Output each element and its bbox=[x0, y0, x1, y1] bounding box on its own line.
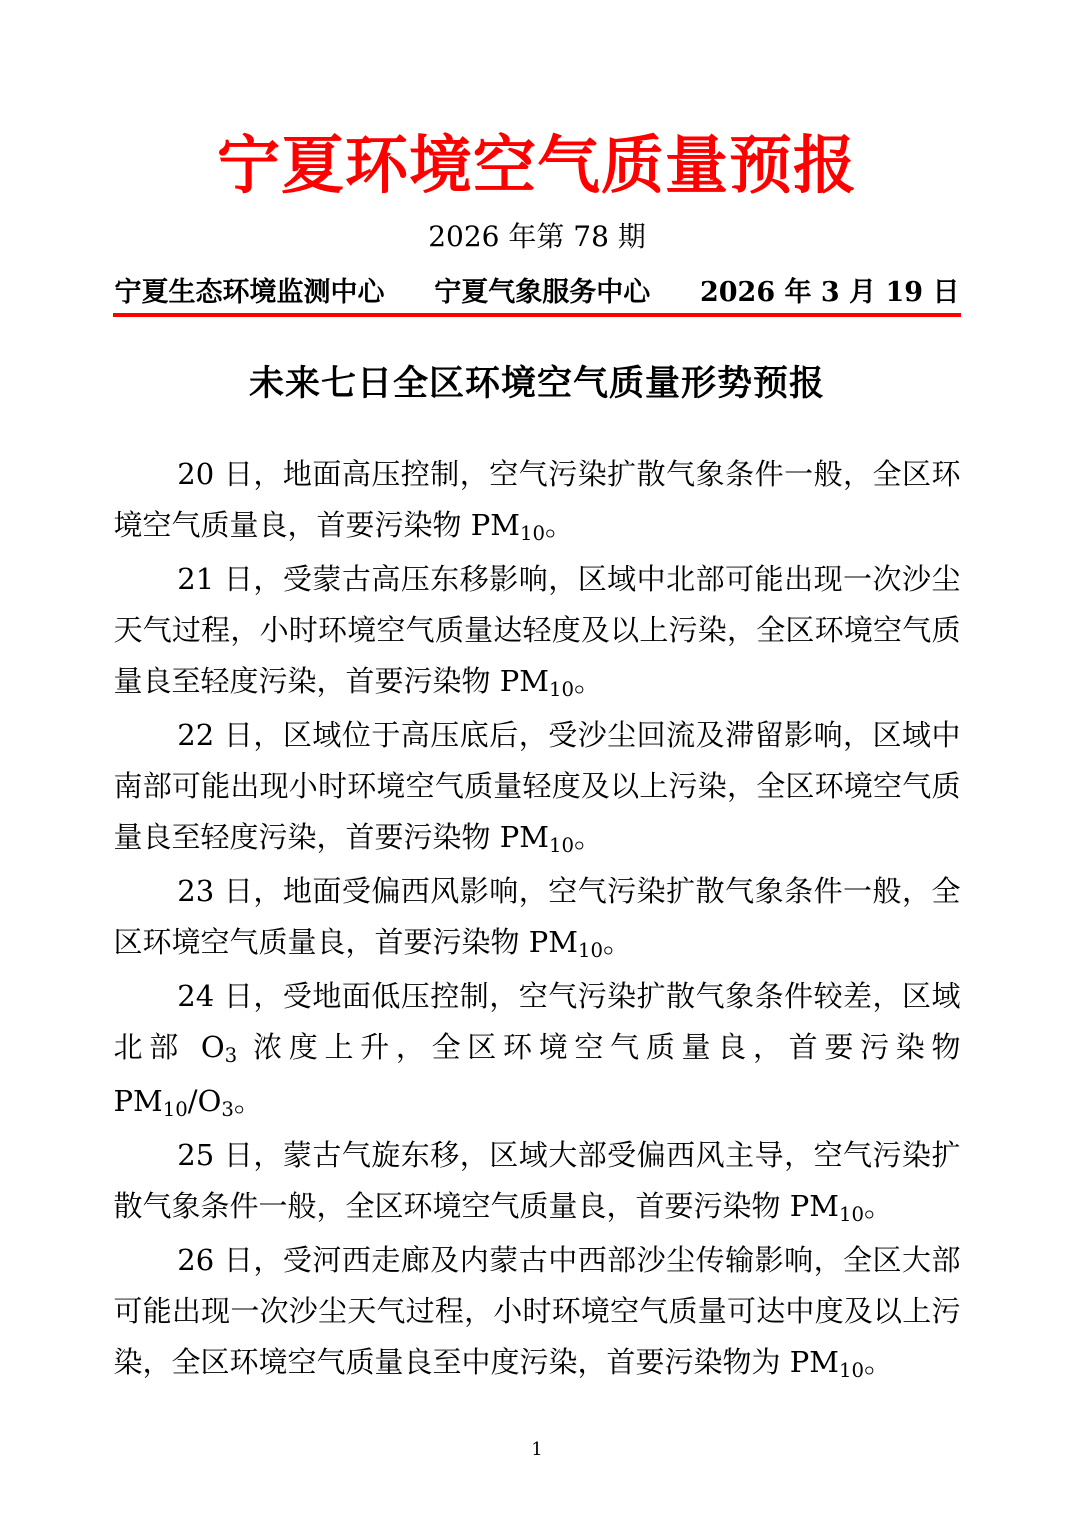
subscript-text: 10 bbox=[549, 678, 574, 701]
subscript-text: 10 bbox=[163, 1098, 188, 1121]
page-number: 1 bbox=[0, 1439, 1074, 1460]
forecast-paragraph: 25 日，蒙古气旋东移，区域大部受偏西风主导，空气污染扩散气象条件一般，全区环境… bbox=[114, 1130, 961, 1235]
header-divider-rule bbox=[113, 313, 961, 317]
document-title: 宁夏环境空气质量预报 bbox=[0, 128, 1074, 204]
issue-number: 2026 年第 78 期 bbox=[0, 220, 1074, 254]
forecast-paragraph: 26 日，受河西走廊及内蒙古中西部沙尘传输影响，全区大部可能出现一次沙尘天气过程… bbox=[114, 1235, 961, 1391]
paragraph-text: 。 bbox=[234, 1084, 263, 1118]
forecast-paragraph: 24 日，受地面低压控制，空气污染扩散气象条件较差，区域北部 O3 浓度上升，全… bbox=[114, 971, 961, 1130]
paragraph-text: 25 日，蒙古气旋东移，区域大部受偏西风主导，空气污染扩散气象条件一般，全区环境… bbox=[114, 1138, 961, 1223]
paragraph-text: 26 日，受河西走廊及内蒙古中西部沙尘传输影响，全区大部可能出现一次沙尘天气过程… bbox=[114, 1243, 961, 1379]
paragraph-text: 。 bbox=[574, 664, 603, 698]
paragraph-text: 22 日，区域位于高压底后，受沙尘回流及滞留影响，区域中南部可能出现小时环境空气… bbox=[114, 718, 961, 854]
header-date: 2026 年 3 月 19 日 bbox=[700, 277, 960, 308]
document-page: 宁夏环境空气质量预报 2026 年第 78 期 宁夏生态环境监测中心 宁夏气象服… bbox=[0, 0, 1074, 1520]
subscript-text: 10 bbox=[549, 834, 574, 857]
subscript-text: 10 bbox=[578, 939, 603, 962]
paragraph-text: 。 bbox=[574, 820, 603, 854]
forecast-body: 20 日，地面高压控制，空气污染扩散气象条件一般，全区环境空气质量良，首要污染物… bbox=[114, 449, 961, 1391]
header-info-row: 宁夏生态环境监测中心 宁夏气象服务中心 2026 年 3 月 19 日 bbox=[115, 277, 960, 308]
forecast-paragraph: 23 日，地面受偏西风影响，空气污染扩散气象条件一般，全区环境空气质量良，首要污… bbox=[114, 866, 961, 971]
paragraph-text: 。 bbox=[545, 508, 574, 542]
forecast-paragraph: 21 日，受蒙古高压东移影响，区域中北部可能出现一次沙尘天气过程，小时环境空气质… bbox=[114, 554, 961, 710]
subscript-text: 10 bbox=[520, 522, 545, 545]
subscript-text: 3 bbox=[225, 1044, 238, 1067]
subscript-text: 10 bbox=[839, 1359, 864, 1382]
subscript-text: 10 bbox=[839, 1203, 864, 1226]
forecast-paragraph: 22 日，区域位于高压底后，受沙尘回流及滞留影响，区域中南部可能出现小时环境空气… bbox=[114, 710, 961, 866]
org-monitoring-center: 宁夏生态环境监测中心 bbox=[115, 277, 385, 308]
paragraph-text: 。 bbox=[864, 1345, 893, 1379]
subscript-text: 3 bbox=[221, 1098, 234, 1121]
forecast-paragraph: 20 日，地面高压控制，空气污染扩散气象条件一般，全区环境空气质量良，首要污染物… bbox=[114, 449, 961, 554]
paragraph-text: 。 bbox=[603, 925, 632, 959]
paragraph-text: 23 日，地面受偏西风影响，空气污染扩散气象条件一般，全区环境空气质量良，首要污… bbox=[114, 874, 961, 959]
paragraph-text: 。 bbox=[864, 1189, 893, 1223]
section-heading: 未来七日全区环境空气质量形势预报 bbox=[0, 363, 1074, 405]
paragraph-text: 21 日，受蒙古高压东移影响，区域中北部可能出现一次沙尘天气过程，小时环境空气质… bbox=[114, 562, 961, 698]
paragraph-text: /O bbox=[188, 1084, 222, 1118]
org-weather-service-center: 宁夏气象服务中心 bbox=[434, 277, 650, 308]
